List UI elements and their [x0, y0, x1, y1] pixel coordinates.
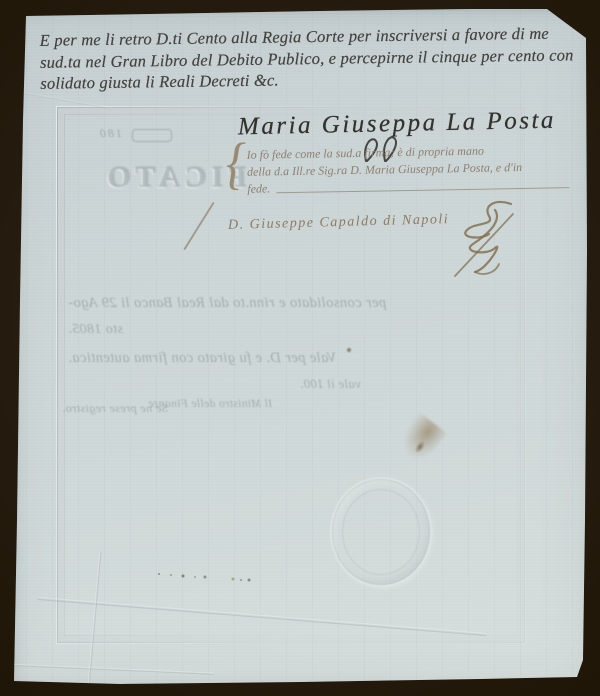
- show-through-line-4: vale il 100.: [300, 377, 361, 392]
- handwritten-endorsement: E per me li retro D.ti Cento alla Regia …: [40, 22, 589, 94]
- ink-speck: [346, 347, 352, 353]
- embossed-seal-inner-ring: [342, 489, 420, 575]
- ink-speck-row: [158, 571, 160, 573]
- show-through-line-1: per consolidato e rinn.to dal Real Banco…: [68, 295, 386, 312]
- notary-flourish-rubric: [425, 196, 525, 281]
- show-through-line-3: Vale per D. e fu girato con firma autent…: [68, 350, 336, 367]
- attestation-brace: {: [226, 134, 246, 192]
- attestation-line-3: fede.: [247, 180, 270, 197]
- show-through-ministro: Il Ministro delle Finanze: [148, 398, 272, 410]
- embossed-seal: [330, 477, 432, 587]
- show-through-cartouche: [132, 129, 172, 142]
- show-through-year: 180: [98, 126, 122, 141]
- document-paper: 180 FICATO per consolidato e rinn.to dal…: [0, 0, 600, 696]
- notary-attestation: Io fò fede come la sud.a firma; è di pro…: [247, 141, 570, 197]
- show-through-title-fragment: FICATO: [98, 161, 246, 199]
- show-through-line-2: sto 1805.: [68, 322, 123, 338]
